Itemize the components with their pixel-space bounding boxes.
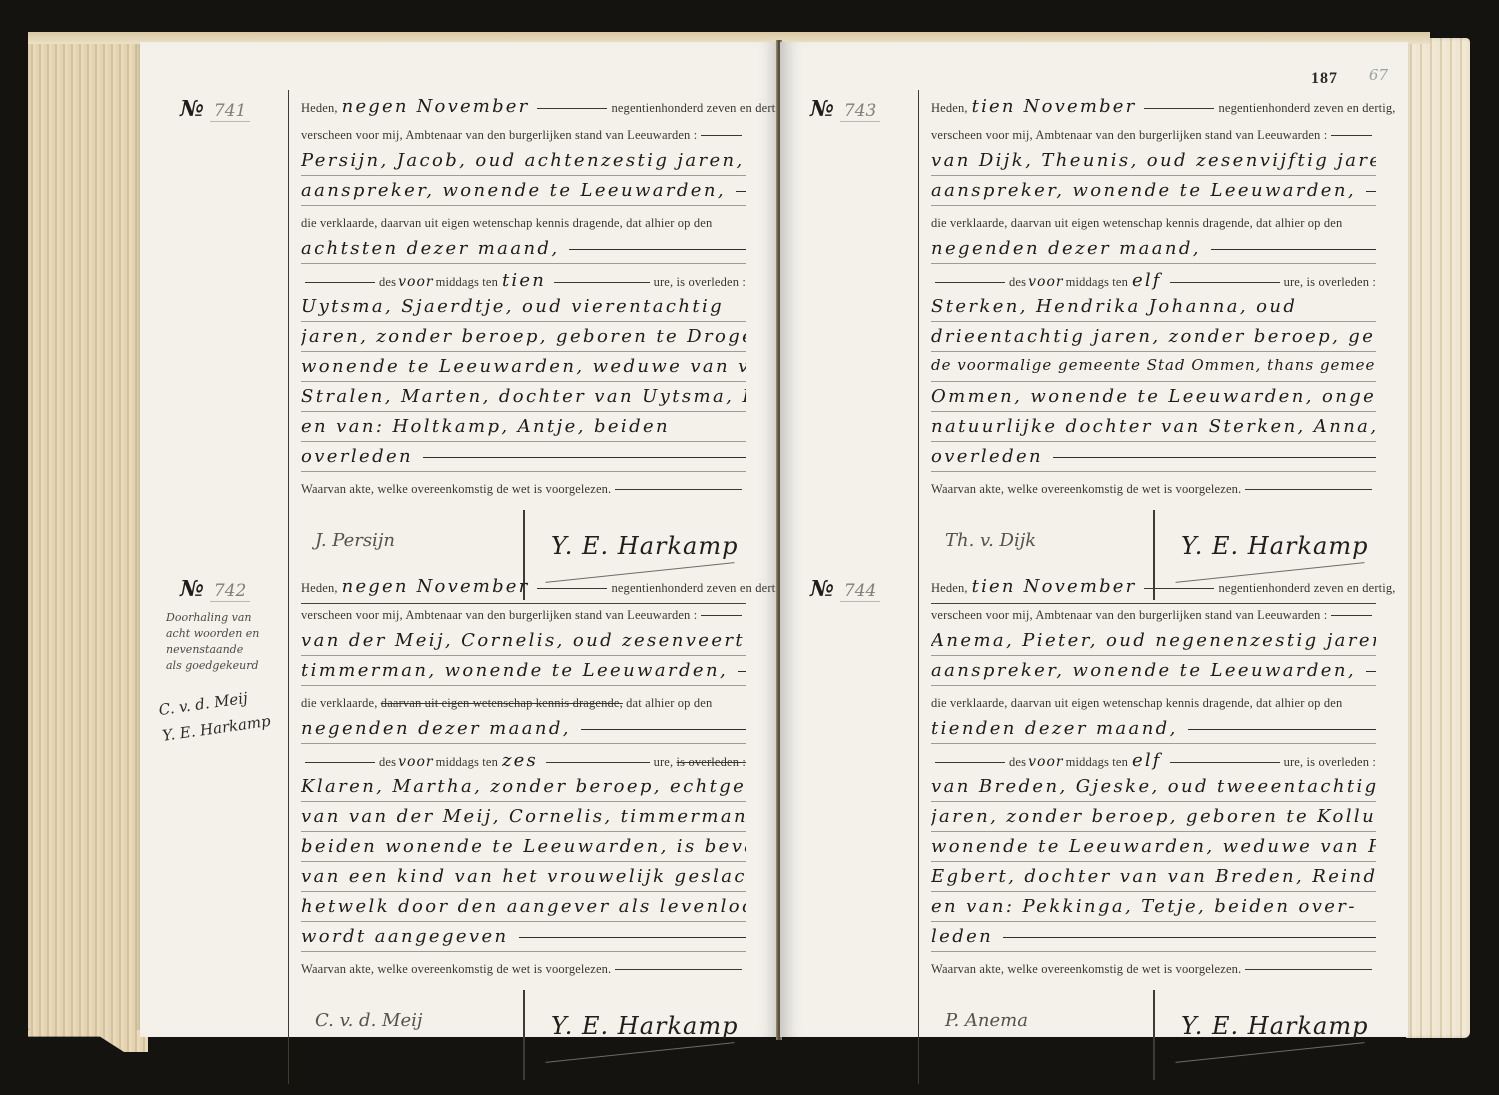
declarant-line: Persijn, Jacob, oud achtenzestig jaren, [301, 146, 746, 176]
deceased-line: van Breden, Gjeske, oud tweeentachtig [931, 772, 1376, 802]
struck-text: daarvan uit eigen wetenschap kennis drag… [381, 696, 623, 710]
numero-sign: № [810, 576, 834, 602]
deceased-line: wordt aangegeven [301, 922, 746, 952]
hour-of-death: zes [502, 754, 538, 768]
deceased-line: natuurlijke dochter van Sterken, Anna, [931, 412, 1376, 442]
left-page: №741 Heden,negen Novembernegentienhonder… [140, 42, 780, 1037]
deceased-line: van van der Meij, Cornelis, timmerman, [301, 802, 746, 832]
record-body: Heden,negen Novembernegentienhonderd zev… [288, 90, 746, 604]
numero-sign: № [180, 96, 204, 122]
official-signature: Y. E. Harkamp [551, 532, 738, 560]
deceased-line: jaren, zonder beroep, geboren te Drogeha… [301, 322, 746, 352]
deceased-line: hetwelk door den aangever als levenloos [301, 892, 746, 922]
deceased-line: overleden [931, 442, 1376, 472]
declarant-line: timmerman, wonende te Leeuwarden, [301, 656, 746, 686]
hour-of-death: tien [502, 274, 546, 288]
declarant-signature: C. v. d. Meij [315, 1010, 422, 1031]
deceased-line: beiden wonende te Leeuwarden, is bevalle… [301, 832, 746, 862]
deceased-line: en van: Pekkinga, Tetje, beiden over- [931, 892, 1376, 922]
page-number: 187 [1311, 70, 1338, 88]
hour-of-death: elf [1132, 754, 1162, 768]
numero-sign: № [180, 576, 204, 602]
declarant-signature: J. Persijn [315, 530, 395, 551]
record-number: №742 [180, 576, 280, 602]
declarant-line: van der Meij, Cornelis, oud zesenveertig… [301, 626, 746, 656]
deceased-line: Ommen, wonende te Leeuwarden, ongehuwd, [931, 382, 1376, 412]
record-body: Heden,tien Novembernegentienhonderd zeve… [918, 90, 1376, 604]
signature-row: C. v. d. Meij Y. E. Harkamp [301, 984, 746, 1084]
deceased-line: de voormalige gemeente Stad Ommen, thans… [931, 352, 1376, 382]
deceased-line: Sterken, Hendrika Johanna, oud [931, 292, 1376, 322]
record-number: №744 [810, 576, 910, 602]
record-body: Heden,tien Novembernegentienhonderd zeve… [918, 570, 1376, 1084]
deceased-line: jaren, zonder beroep, geboren te Kollume… [931, 802, 1376, 832]
record-body: Heden,negen Novembernegentienhonderd zev… [288, 570, 746, 1084]
official-signature: Y. E. Harkamp [1181, 532, 1368, 560]
day-of-death: negenden dezer maand, [931, 234, 1376, 264]
day-of-death: negenden dezer maand, [301, 714, 746, 744]
record-date: negen November [342, 580, 530, 594]
open-register-book: №741 Heden,negen Novembernegentienhonder… [28, 32, 1470, 1062]
deceased-line: van een kind van het vrouwelijk geslacht… [301, 862, 746, 892]
official-signature: Y. E. Harkamp [551, 1012, 738, 1040]
signature-row: P. Anema Y. E. Harkamp [931, 984, 1376, 1084]
deceased-line: en van: Holtkamp, Antje, beiden [301, 412, 746, 442]
record-number: №743 [810, 96, 910, 122]
declarant-signature: Th. v. Dijk [945, 530, 1036, 551]
record-date: negen November [342, 100, 530, 114]
deceased-line: overleden [301, 442, 746, 472]
declarant-line: van Dijk, Theunis, oud zesenvijftig jare… [931, 146, 1376, 176]
declarant-line: Anema, Pieter, oud negenenzestig jaren, [931, 626, 1376, 656]
book-page-edges-right [1406, 38, 1470, 1038]
deceased-line: Uytsma, Sjaerdtje, oud vierentachtig [301, 292, 746, 322]
record-number: №741 [180, 96, 280, 122]
declarant-signature: P. Anema [945, 1010, 1028, 1031]
deceased-line: drieentachtig jaren, zonder beroep, gebo… [931, 322, 1376, 352]
hour-of-death: elf [1132, 274, 1162, 288]
deceased-line: Egbert, dochter van van Breden, Reindert [931, 862, 1376, 892]
declarant-line: aanspreker, wonende te Leeuwarden, [931, 176, 1376, 206]
numero-sign: № [810, 96, 834, 122]
day-of-death: tienden dezer maand, [931, 714, 1376, 744]
record-date: tien November [972, 100, 1137, 114]
right-page: 187 67 №743 Heden,tien Novembernegentien… [780, 42, 1408, 1037]
margin-correction-note: Doorhaling van acht woorden en nevenstaa… [166, 610, 284, 674]
official-signature: Y. E. Harkamp [1181, 1012, 1368, 1040]
book-page-edges-left [28, 34, 140, 1034]
folio-pencil-mark: 67 [1369, 66, 1388, 84]
deceased-line: wonende te Leeuwarden, weduwe van Postma… [931, 832, 1376, 862]
deceased-line: Klaren, Martha, zonder beroep, echtgenoo… [301, 772, 746, 802]
record-date: tien November [972, 580, 1137, 594]
declarant-line: aanspreker, wonende te Leeuwarden, [301, 176, 746, 206]
deceased-line: Stralen, Marten, dochter van Uytsma, Dou… [301, 382, 746, 412]
deceased-line: wonende te Leeuwarden, weduwe van van [301, 352, 746, 382]
declarant-line: aanspreker, wonende te Leeuwarden, [931, 656, 1376, 686]
deceased-line: leden [931, 922, 1376, 952]
day-of-death: achtsten dezer maand, [301, 234, 746, 264]
margin-signatures: C. v. d. Meij Y. E. Harkamp [157, 679, 293, 749]
